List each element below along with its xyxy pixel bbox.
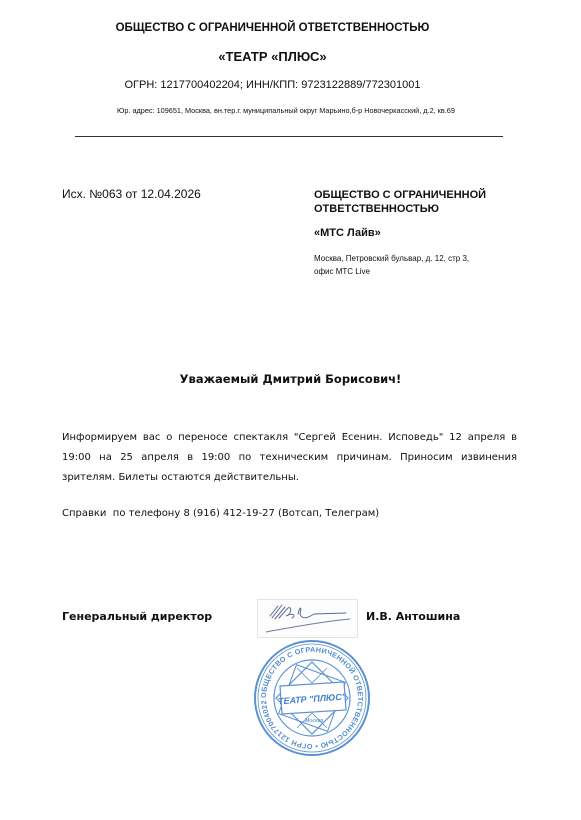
recipient-company-name: «МТС Лайв» [314, 227, 524, 239]
signatory-name: И.В. Антошина [366, 610, 460, 623]
letter-body: Информируем вас о переносе спектакля "Се… [62, 428, 517, 488]
outgoing-number: Исх. №063 от 12.04.2026 [62, 187, 201, 201]
signature-scribble-icon [258, 600, 357, 637]
company-seal: ОБЩЕСТВО С ОГРАНИЧЕННОЙ ОТВЕТСТВЕННОСТЬЮ… [252, 638, 372, 758]
recipient-block: ОБЩЕСТВО С ОГРАНИЧЕННОЙ ОТВЕТСТВЕННОСТЬЮ… [314, 188, 524, 278]
contact-info: Справки по телефону 8 (916) 412-19-27 (В… [62, 508, 379, 519]
letterhead-company-name: «ТЕАТР «ПЛЮС» [0, 49, 563, 64]
letterhead-registration: ОГРН: 1217700402204; ИНН/КПП: 9723122889… [0, 79, 563, 91]
letterhead-company-type: ОБЩЕСТВО С ОГРАНИЧЕННОЙ ОТВЕТСТВЕННОСТЬЮ [0, 22, 563, 34]
seal-stamp-icon: ОБЩЕСТВО С ОГРАНИЧЕННОЙ ОТВЕТСТВЕННОСТЬЮ… [252, 638, 372, 758]
recipient-address: Москва, Петровский бульвар, д. 12, стр 3… [314, 252, 524, 278]
header-divider [75, 136, 503, 137]
greeting: Уважаемый Дмитрий Борисович! [0, 372, 581, 386]
recipient-company-type: ОБЩЕСТВО С ОГРАНИЧЕННОЙ ОТВЕТСТВЕННОСТЬЮ [314, 188, 524, 216]
letterhead-legal-address: Юр. адрес: 109651, Москва, вн.тер.г. мун… [117, 106, 455, 115]
recipient-address-line2: офис МТС Live [314, 265, 524, 278]
handwritten-signature [257, 599, 358, 638]
recipient-address-line1: Москва, Петровский бульвар, д. 12, стр 3… [314, 252, 524, 265]
signatory-title: Генеральный директор [62, 610, 212, 623]
seal-city: Москва [304, 718, 324, 724]
